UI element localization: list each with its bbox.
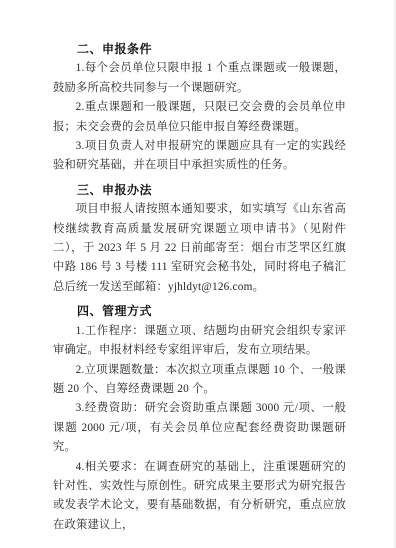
paragraph-management-3: 3.经费资助：研究会资助重点课题 3000 元/项、一般课题 2000 元/项，… [53, 399, 346, 457]
paragraph-application-method: 项目申报人请按照本通知要求，如实填写《山东省高校继续教育高质量发展研究课题立项申… [53, 200, 346, 297]
section-management-method: 四、管理方式 1.工作程序：课题立项、结题均由研究会组织专家评审确定。申报材料经… [53, 302, 346, 535]
paragraph-condition-3: 3.项目负责人对申报研究的课题应具有一定的实践经验和研究基础，并在项目中承担实质… [53, 137, 346, 176]
document-content: 二、申报条件 1.每个会员单位只限申报 1 个重点课题或一般课题，鼓励多所高校共… [53, 40, 346, 535]
paragraph-management-4: 4.相关要求：在调查研究的基础上，注重课题研究的针对性、实效性与原创性。研究成果… [53, 458, 346, 536]
paragraph-condition-2: 2.重点课题和一般课题，只限已交会费的会员单位申报；未交会费的会员单位只能申报自… [53, 98, 346, 137]
section-heading-application-conditions: 二、申报条件 [53, 40, 346, 59]
section-application-conditions: 二、申报条件 1.每个会员单位只限申报 1 个重点课题或一般课题，鼓励多所高校共… [53, 40, 346, 176]
paragraph-management-1: 1.工作程序：课题立项、结题均由研究会组织专家评审确定。申报材料经专家组评审后，… [53, 322, 346, 361]
section-application-method: 三、申报办法 项目申报人请按照本通知要求，如实填写《山东省高校继续教育高质量发展… [53, 181, 346, 297]
document-page: 二、申报条件 1.每个会员单位只限申报 1 个重点课题或一般课题，鼓励多所高校共… [0, 0, 396, 548]
section-heading-application-method: 三、申报办法 [53, 181, 346, 200]
paragraph-condition-1: 1.每个会员单位只限申报 1 个重点课题或一般课题，鼓励多所高校共同参与一个课题… [53, 59, 346, 98]
section-heading-management-method: 四、管理方式 [53, 302, 346, 321]
paragraph-management-2: 2.立项课题数量：本次拟立项重点课题 10 个、一般课题 20 个、自筹经费课题… [53, 361, 346, 400]
